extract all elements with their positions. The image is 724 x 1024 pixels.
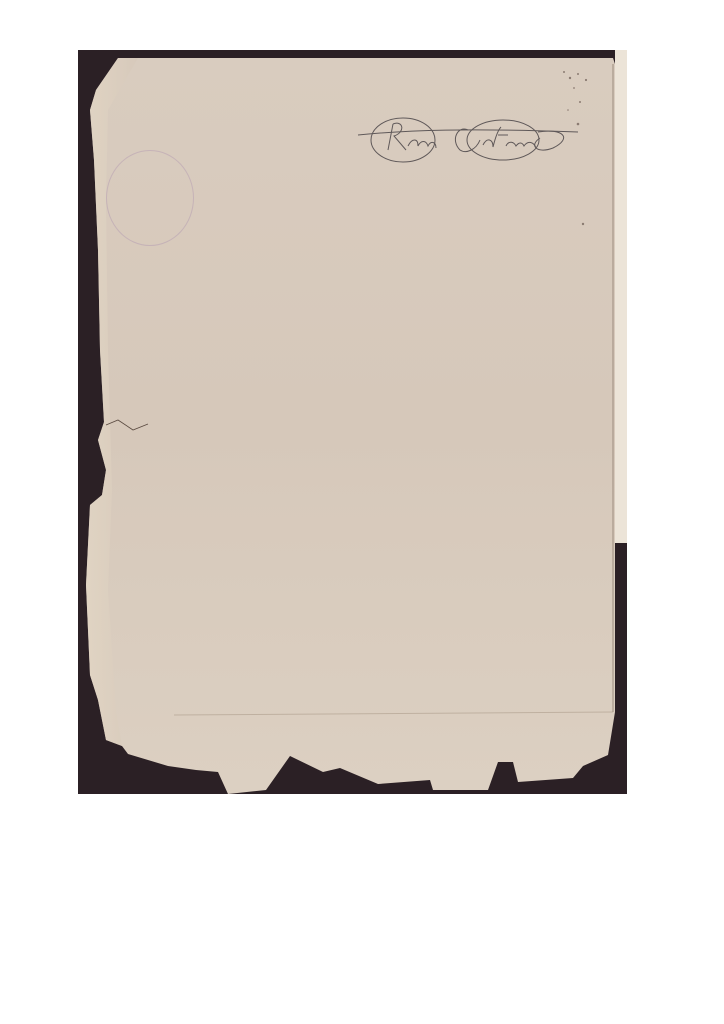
oval-stamp-icon bbox=[106, 150, 194, 246]
scanned-page-image bbox=[78, 50, 627, 794]
signature-icon bbox=[348, 110, 588, 170]
